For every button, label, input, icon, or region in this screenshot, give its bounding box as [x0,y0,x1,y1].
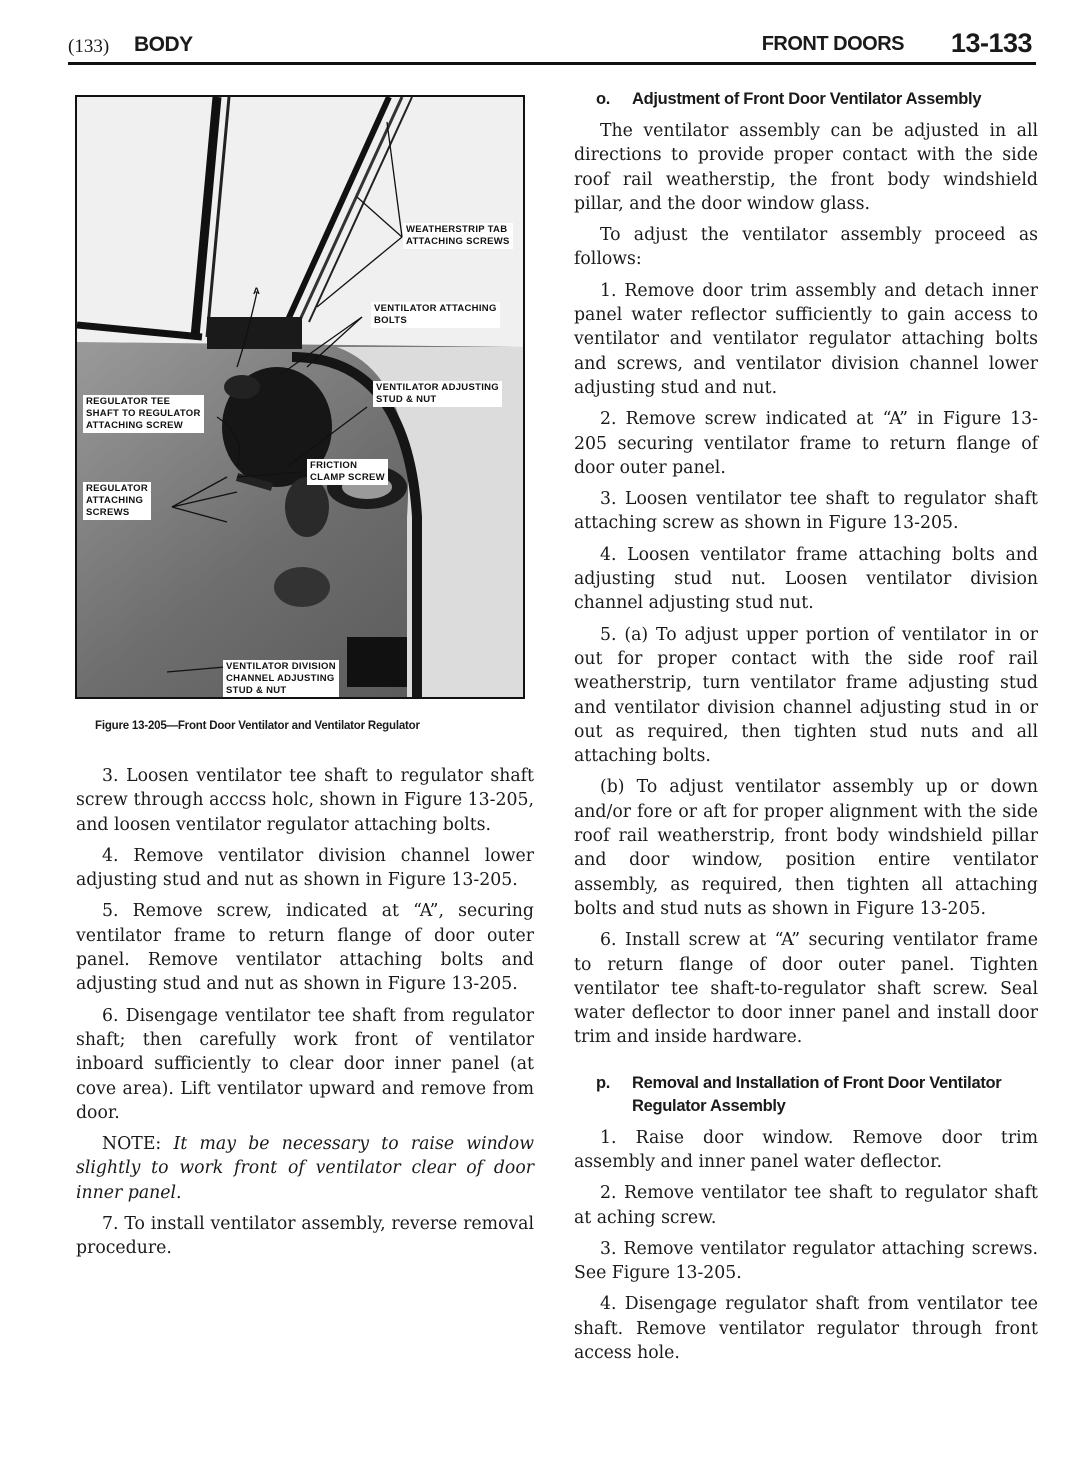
removal-step-5: 5. Remove screw, indicated at “A”, secur… [76,899,534,996]
section-o-heading: o. Adjustment of Front Door Ventilator A… [596,88,1038,111]
chapter-title: FRONT DOORS [762,33,904,56]
section-o-step-6: 6. Install screw at “A” securing ventila… [574,928,1038,1049]
section-title: BODY [134,33,193,57]
section-p-step-2: 2. Remove ventilator tee shaft to regula… [574,1181,1038,1230]
callout-ventilator-adjusting-stud: VENTILATOR ADJUSTING STUD & NUT [373,381,502,407]
removal-step-3: 3. Loosen ventilator tee shaft to regula… [76,764,534,837]
section-o-intro-1: The ventilator assembly can be adjusted … [574,119,1038,216]
callout-division-channel-stud: VENTILATOR DIVISION CHANNEL ADJUSTING ST… [223,660,339,698]
callout-point-a: A [250,285,263,299]
note-label: NOTE: [102,1134,161,1154]
section-o-letter: o. [596,88,610,111]
section-p-step-4: 4. Disengage regulator shaft from ventil… [574,1292,1038,1365]
section-p-step-3: 3. Remove ventilator regulator attaching… [574,1237,1038,1286]
section-o-intro-2: To adjust the ventilator assembly procee… [574,223,1038,272]
left-column: 3. Loosen ventilator tee shaft to regula… [76,764,534,1268]
section-p-title: Removal and Installation of Front Door V… [632,1074,1001,1115]
callout-ventilator-attaching-bolts: VENTILATOR ATTACHING BOLTS [371,302,500,328]
callout-friction-clamp-screw: FRICTION CLAMP SCREW [307,459,388,485]
figure-caption: Figure 13-205—Front Door Ventilator and … [95,720,525,732]
page-code: 13-133 [951,28,1032,59]
removal-step-4: 4. Remove ventilator division channel lo… [76,844,534,893]
note-paragraph: NOTE: It may be necessary to raise windo… [76,1132,534,1205]
figure-13-205: WEATHERSTRIP TAB ATTACHING SCREWS VENTIL… [75,95,525,699]
callout-regulator-tee-shaft-screw: REGULATOR TEE SHAFT TO REGULATOR ATTACHI… [83,395,204,433]
section-p-step-1: 1. Raise door window. Remove door trim a… [574,1126,1038,1175]
section-p-letter: p. [596,1072,610,1095]
section-o-step-1: 1. Remove door trim assembly and detach … [574,279,1038,400]
section-p-heading: p. Removal and Installation of Front Doo… [596,1072,1038,1118]
removal-step-7: 7. To install ventilator assembly, rever… [76,1212,534,1261]
section-o-step-3: 3. Loosen ventilator tee shaft to regula… [574,487,1038,536]
callout-regulator-attaching-screws: REGULATOR ATTACHING SCREWS [83,482,151,520]
removal-step-6: 6. Disengage ventilator tee shaft from r… [76,1004,534,1125]
section-o-step-5a: 5. (a) To adjust upper portion of ventil… [574,623,1038,769]
section-o-step-4: 4. Loosen ventilator frame attaching bol… [574,543,1038,616]
section-o-step-5b: (b) To adjust ventilator assembly up or … [574,775,1038,921]
callout-weatherstrip-tab-screws: WEATHERSTRIP TAB ATTACHING SCREWS [403,223,513,249]
section-o-title: Adjustment of Front Door Ventilator Asse… [632,90,981,108]
page-header: (133) BODY FRONT DOORS 13-133 [68,28,1036,65]
section-o-step-2: 2. Remove screw indicated at “A” in Figu… [574,407,1038,480]
right-column: o. Adjustment of Front Door Ventilator A… [574,88,1038,1372]
page-number: (133) [68,36,109,58]
